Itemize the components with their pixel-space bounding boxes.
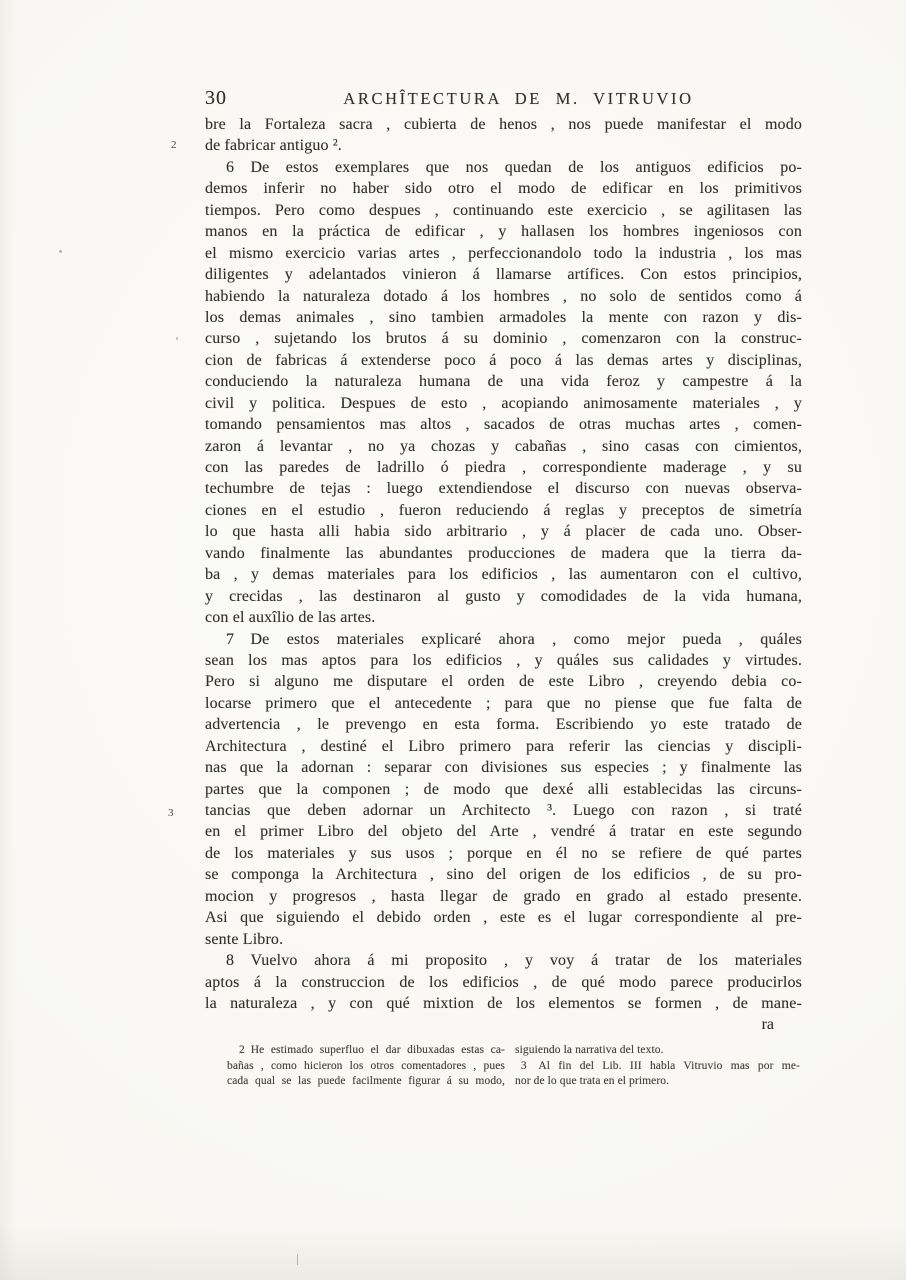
footnote-line: siguiendo la narrativa del texto. — [515, 1043, 800, 1059]
text-line: con las paredes de ladrillo ó piedra , c… — [205, 457, 802, 478]
text-line: 6 De estos exemplares que nos quedan de … — [205, 157, 802, 178]
paragraph-8: 8 Vuelvo ahora á mi proposito , y voy á … — [205, 950, 802, 1014]
footnote-line: 3 Al fin del Lib. III habla Vitruvio mas… — [515, 1059, 800, 1075]
text-line: tomando pensamientos mas altos , sacados… — [205, 414, 802, 435]
text-line: Pero si alguno me disputare el orden de … — [205, 671, 802, 692]
text-line: curso , sujetando los brutos á su domini… — [205, 328, 802, 349]
text-line: zaron á levantar , no ya chozas y cabaña… — [205, 436, 802, 457]
page-number: 30 — [205, 87, 227, 110]
running-title: ARCHÎTECTURA DE M. VITRUVIO — [235, 89, 802, 109]
text-line: vando finalmente las abundantes producci… — [205, 543, 802, 564]
scan-speck — [176, 337, 178, 340]
text-line: lo que hasta alli habia sido arbitrario … — [205, 521, 802, 542]
text-line: conduciendo la naturaleza humana de una … — [205, 371, 802, 392]
text-line: el mismo exercicio varias artes , perfec… — [205, 243, 802, 264]
text-line: y crecidas , las destinaron al gusto y c… — [205, 586, 802, 607]
text-line: 7 De estos materiales explicaré ahora , … — [205, 629, 802, 650]
text-line: cion de fabricas á extenderse poco á poc… — [205, 350, 802, 371]
text-line: de los materiales y sus usos ; porque en… — [205, 843, 802, 864]
text-line: cada qual se las puede facilmente figura… — [227, 1074, 505, 1090]
text-line: se componga la Architectura , sino del o… — [205, 864, 802, 885]
text-line: Asi que siguiendo el debido orden , este… — [205, 907, 802, 928]
text-line: 8 Vuelvo ahora á mi proposito , y voy á … — [205, 950, 802, 971]
scan-speck — [59, 250, 62, 253]
paragraph-6: 6 De estos exemplares que nos quedan de … — [205, 157, 802, 629]
text-line: ba , y demas materiales para los edifici… — [205, 564, 802, 585]
text-line: mocion y progresos , hasta llegar de gra… — [205, 886, 802, 907]
text-line: los demas animales , sino tambien armado… — [205, 307, 802, 328]
paragraph-7: 7 De estos materiales explicaré ahora , … — [205, 629, 802, 951]
page-header: 30 ARCHÎTECTURA DE M. VITRUVIO — [205, 86, 802, 112]
footnote-column-left: 2 He estimado superfluo el dar dibuxadas… — [227, 1043, 505, 1090]
book-page-scan: 30 ARCHÎTECTURA DE M. VITRUVIO 2 3 bre l… — [0, 0, 906, 1280]
text-line: en el primer Libro del objeto del Arte ,… — [205, 821, 802, 842]
text-line: civil y politica. Despues de esto , acop… — [205, 393, 802, 414]
catchword: ra — [205, 1014, 802, 1035]
footnote-line: nor de lo que trata en el primero. — [515, 1074, 800, 1090]
text-line: manos en la práctica de edificar , y hal… — [205, 221, 802, 242]
text-line: de fabricar antiguo ². — [205, 135, 802, 156]
scan-mark — [297, 1254, 298, 1265]
text-line: tancias que deben adornar un Architecto … — [205, 800, 802, 821]
text-line: sente Libro. — [205, 929, 802, 950]
text-line: bre la Fortaleza sacra , cubierta de hen… — [205, 114, 802, 135]
text-line: locarse primero que el antecedente ; par… — [205, 693, 802, 714]
text-line: habiendo la naturaleza dotado á los homb… — [205, 286, 802, 307]
text-line: la naturaleza , y con qué mixtion de los… — [205, 993, 802, 1014]
text-line: nas que la adornan : separar con divisio… — [205, 757, 802, 778]
text-line: bañas , como hicieron los otros comentad… — [227, 1059, 505, 1075]
footnotes-section: 2 He estimado superfluo el dar dibuxadas… — [227, 1043, 800, 1090]
margin-footnote-marker-2: 2 — [171, 139, 177, 151]
text-line: con el auxîlio de las artes. — [205, 607, 802, 628]
text-line: sean los mas aptos para los edificios , … — [205, 650, 802, 671]
text-line: demos inferir no haber sido otro el modo… — [205, 178, 802, 199]
text-line: 2 He estimado superfluo el dar dibuxadas… — [227, 1043, 505, 1059]
footnote-column-right: siguiendo la narrativa del texto. 3 Al f… — [515, 1043, 800, 1090]
text-line: techumbre de tejas : luego extendiendose… — [205, 478, 802, 499]
text-line: partes que la componen ; de modo que dex… — [205, 779, 802, 800]
text-line: diligentes y adelantados vinieron á llam… — [205, 264, 802, 285]
scan-speck — [613, 527, 615, 529]
text-line: aptos á la construccion de los edificios… — [205, 972, 802, 993]
text-line: tiempos. Pero como despues , continuando… — [205, 200, 802, 221]
text-line: ciones en el estudio , fueron reduciendo… — [205, 500, 802, 521]
paragraph-continuation: bre la Fortaleza sacra , cubierta de hen… — [205, 114, 802, 157]
text-line: Architectura , destiné el Libro primero … — [205, 736, 802, 757]
body-text: bre la Fortaleza sacra , cubierta de hen… — [205, 114, 802, 1036]
text-line: advertencia , le prevengo en esta forma.… — [205, 714, 802, 735]
margin-footnote-marker-3: 3 — [168, 807, 174, 819]
